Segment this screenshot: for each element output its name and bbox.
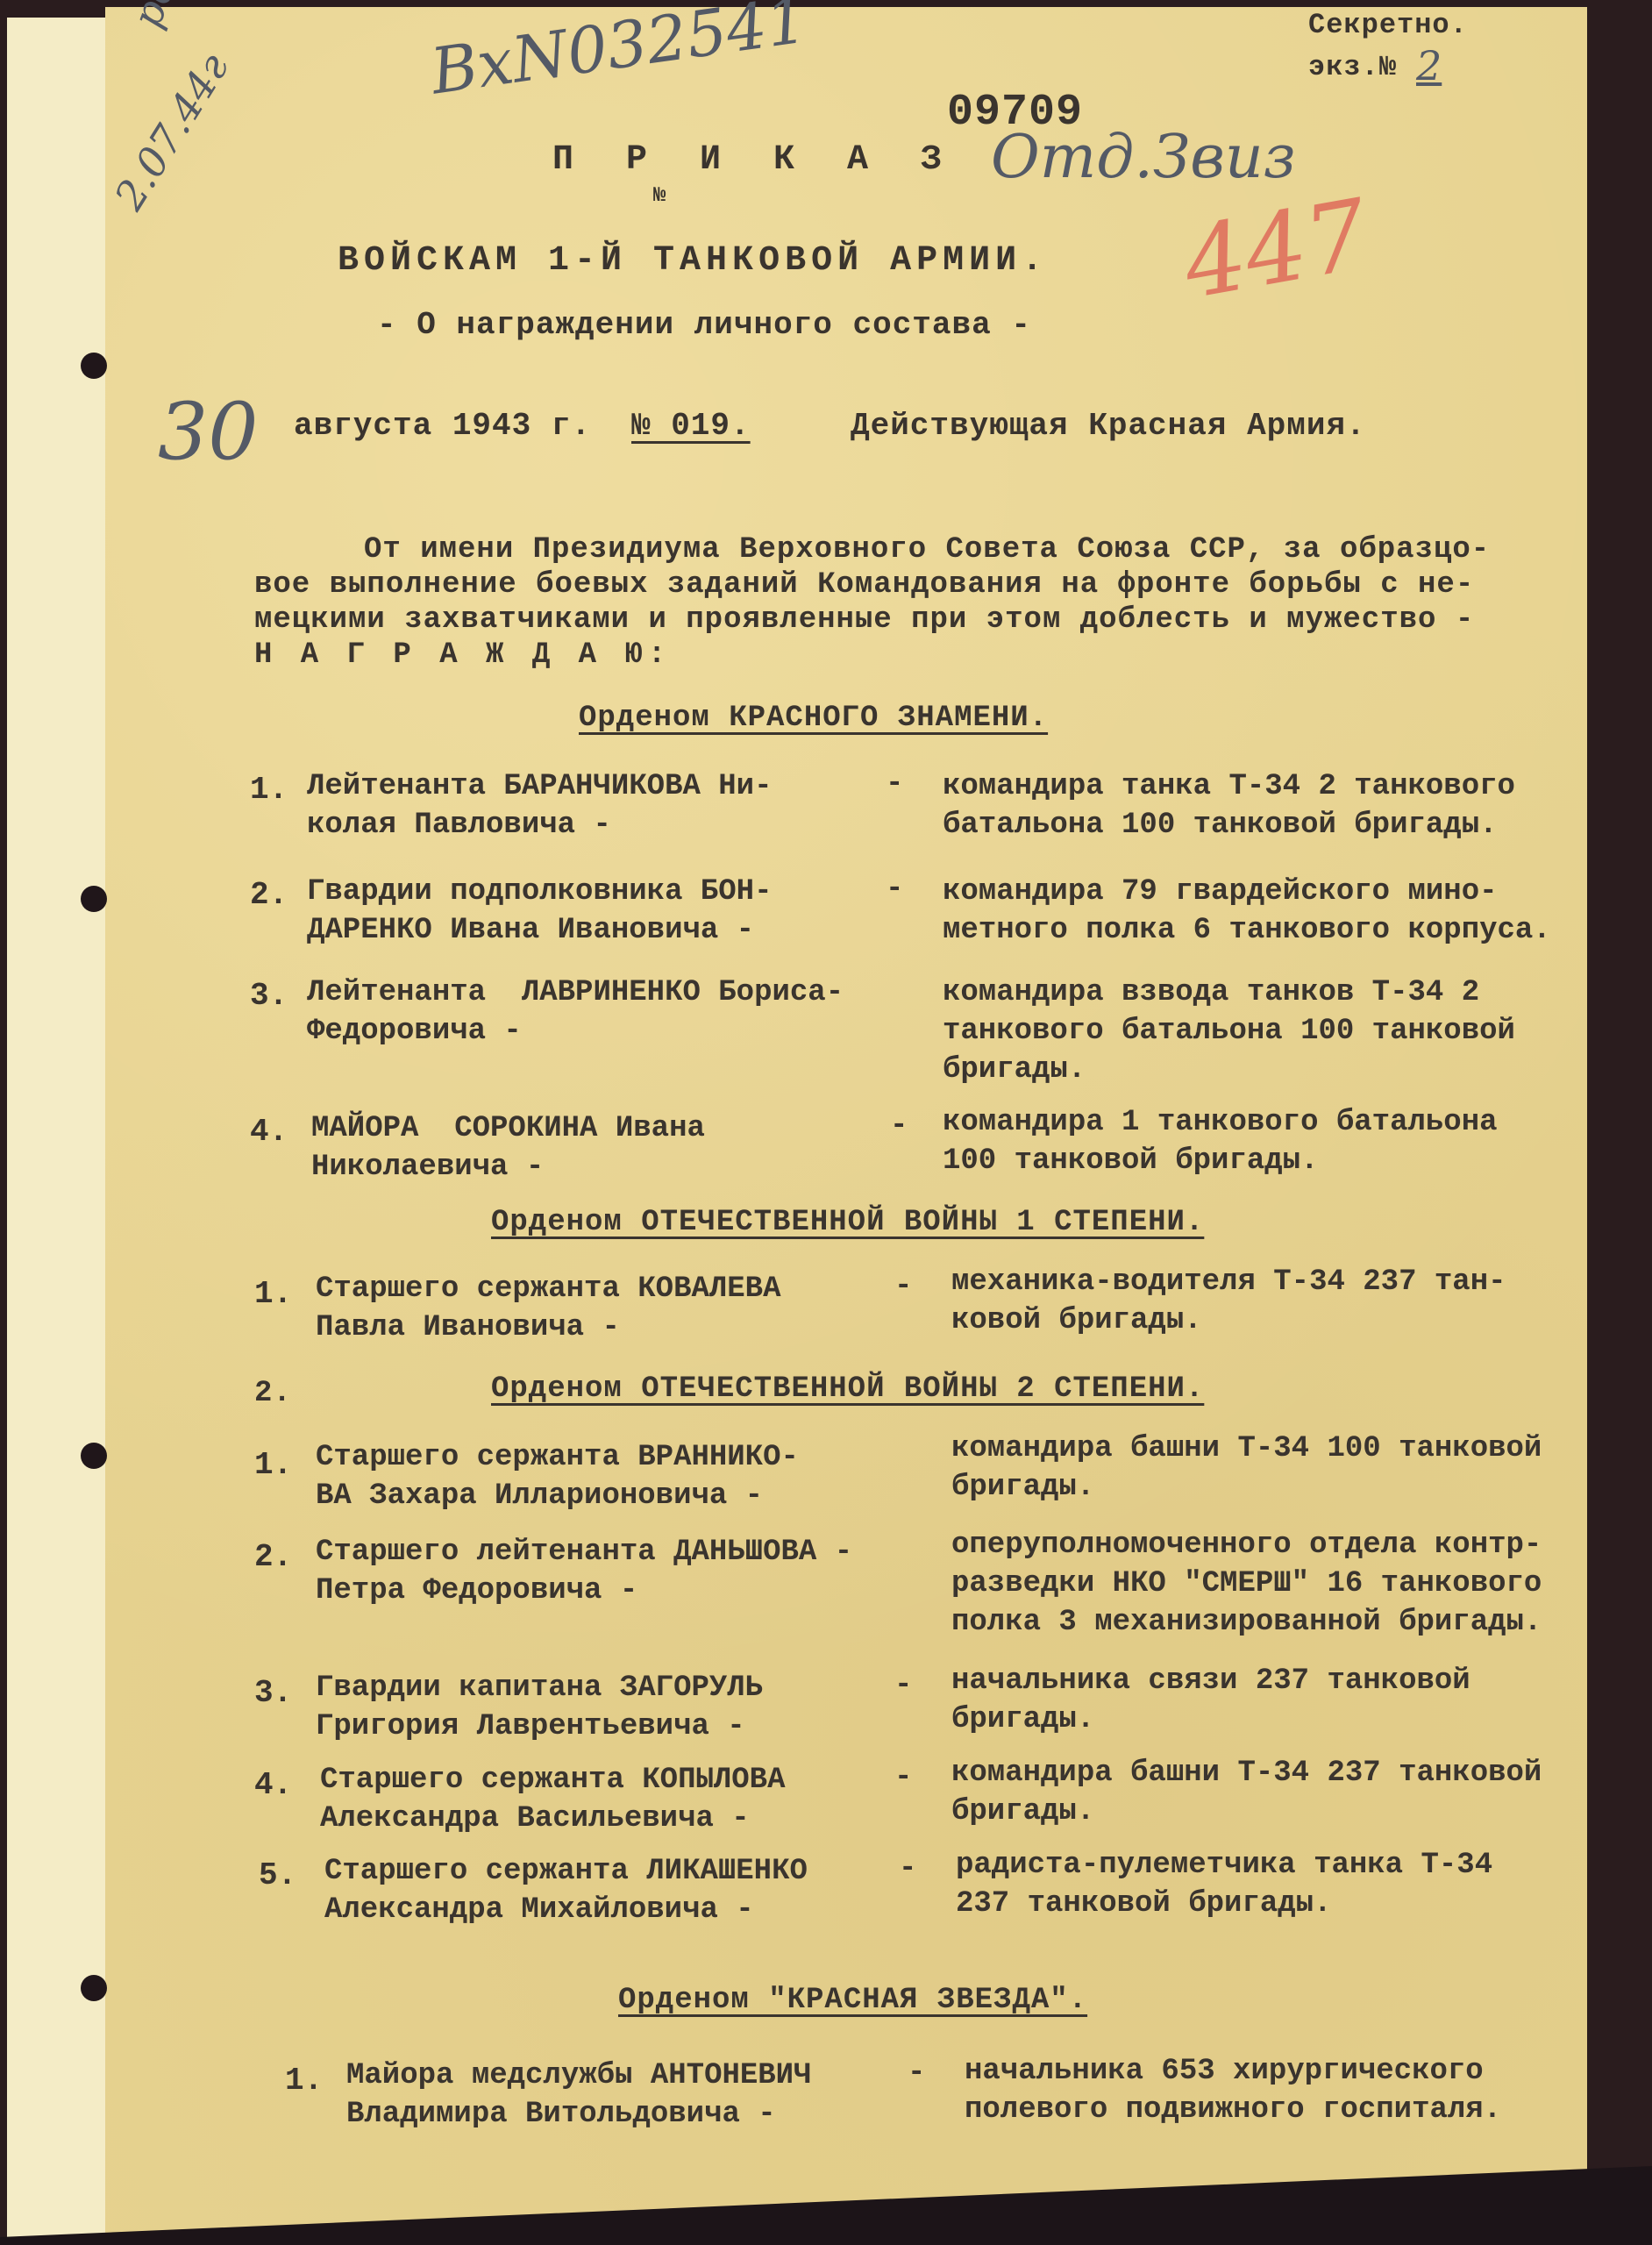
section-number: 2.	[254, 1377, 292, 1410]
section-heading-red-banner: Орденом КРАСНОГО ЗНАМЕНИ.	[579, 702, 1048, 735]
entry-number: 2.	[250, 877, 288, 913]
recipient-name: Старшего сержанта ВРАННИКО- ВА Захара Ил…	[316, 1438, 799, 1515]
title-addressee: ВОЙСКАМ 1-Й ТАНКОВОЙ АРМИИ.	[338, 241, 1048, 281]
entry-number: 3.	[250, 978, 288, 1014]
entry-dash: -	[894, 1270, 912, 1303]
entry-number: 1.	[250, 772, 288, 808]
recipient-position: командира 79 гвардейского мино- метного …	[943, 873, 1551, 950]
section-heading-patriotic-war-1: Орденом ОТЕЧЕСТВЕННОЙ ВОЙНЫ 1 СТЕПЕНИ.	[491, 1206, 1204, 1239]
preamble-line-1: От имени Президиума Верховного Совета Со…	[364, 533, 1490, 567]
binder-hole	[81, 1443, 107, 1469]
recipient-name: Гвардии подполковника БОН- ДАРЕНКО Ивана…	[307, 873, 773, 950]
recipient-position: командира башни Т-34 237 танковой бригад…	[951, 1754, 1542, 1831]
entry-dash: -	[886, 873, 903, 906]
entry-dash: -	[886, 767, 903, 801]
entry-dash: -	[890, 1109, 908, 1143]
recipient-name: Старшего лейтенанта ДАНЬШОВА - Петра Фед…	[316, 1533, 852, 1610]
recipient-name: Майора медслужбы АНТОНЕВИЧ Владимира Вит…	[346, 2056, 812, 2134]
binding-strip	[7, 18, 110, 2245]
entry-number: 3.	[254, 1675, 292, 1711]
entry-dash: -	[908, 2056, 925, 2090]
order-number: № 019.	[631, 408, 751, 444]
recipient-name: Старшего сержанта ЛИКАШЕНКО Александра М…	[324, 1852, 808, 1929]
recipient-name: Старшего сержанта КОПЫЛОВА Александра Ва…	[320, 1761, 786, 1838]
section-heading-patriotic-war-2: Орденом ОТЕЧЕСТВЕННОЙ ВОЙНЫ 2 СТЕПЕНИ.	[491, 1372, 1204, 1406]
recipient-position: начальника 653 хирургического полевого п…	[965, 2052, 1501, 2129]
recipient-name: Лейтенанта БАРАНЧИКОВА Ни- колая Павлови…	[307, 767, 773, 845]
entry-dash: -	[899, 1852, 916, 1885]
recipient-name: Старшего сержанта КОВАЛЕВА Павла Иванови…	[316, 1270, 781, 1347]
entry-number: 1.	[254, 1276, 292, 1312]
recipient-position: начальника связи 237 танковой бригады.	[951, 1662, 1470, 1739]
order-place: Действующая Красная Армия.	[851, 408, 1366, 444]
recipient-name: Лейтенанта ЛАВРИНЕНКО Бориса- Федоровича…	[307, 973, 844, 1051]
preamble-line-3: мецкими захватчиками и проявленные при э…	[254, 603, 1474, 637]
recipient-position: радиста-пулеметчика танка Т-34 237 танко…	[956, 1846, 1492, 1923]
entry-number: 2.	[254, 1539, 292, 1575]
classification-label: Секретно.	[1308, 9, 1468, 41]
title-subtitle: - О награждении личного состава -	[377, 307, 1031, 343]
date-month-year: августа 1943 г.	[294, 408, 591, 444]
binder-hole	[81, 886, 107, 912]
copy-number: 2	[1416, 42, 1442, 89]
entry-number: 5.	[259, 1857, 296, 1893]
entry-dash: -	[894, 1761, 912, 1794]
recipient-name: МАЙОРА СОРОКИНА Ивана Николаевича -	[311, 1109, 705, 1187]
recipient-position: механика-водителя Т-34 237 тан- ковой бр…	[951, 1263, 1506, 1340]
entry-number: 4.	[250, 1114, 288, 1150]
entry-number: 1.	[285, 2063, 323, 2099]
preamble-award-verb: Н А Г Р А Ж Д А Ю:	[254, 638, 671, 672]
date-day: 30	[158, 386, 259, 478]
document-title: П Р И К А З	[552, 140, 958, 180]
recipient-position: командира танка Т-34 2 танкового батальо…	[943, 767, 1515, 845]
entry-number: 4.	[254, 1767, 292, 1803]
section-heading-red-star: Орденом "КРАСНАЯ ЗВЕЗДА".	[618, 1984, 1087, 2017]
binder-hole	[81, 1975, 107, 2001]
preamble-line-2: вое выполнение боевых заданий Командован…	[254, 568, 1474, 602]
entry-dash: -	[894, 1669, 912, 1702]
recipient-position: командира 1 танкового батальона 100 танк…	[943, 1103, 1498, 1180]
signature: Отд.Звиз	[991, 123, 1296, 192]
recipient-name: Гвардии капитана ЗАГОРУЛЬ Григория Лавре…	[316, 1669, 763, 1746]
recipient-position: оперуполномоченного отдела контр- развед…	[951, 1526, 1542, 1642]
title-number-sign: №	[653, 184, 666, 208]
entry-number: 1.	[254, 1447, 292, 1483]
binder-hole	[81, 353, 107, 379]
recipient-position: командира взвода танков Т-34 2 танкового…	[943, 973, 1515, 1089]
copy-label: экз.№	[1308, 51, 1397, 83]
recipient-position: командира башни Т-34 100 танковой бригад…	[951, 1429, 1542, 1507]
